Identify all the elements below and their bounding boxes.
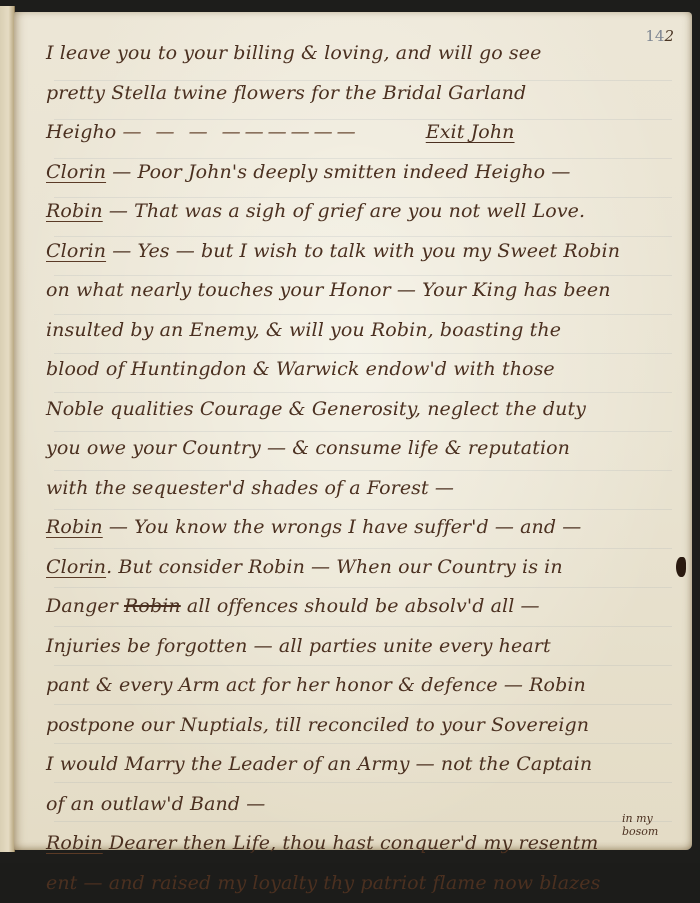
stage-direction: Exit John bbox=[426, 113, 515, 153]
dash-run: — — — —————— bbox=[122, 121, 359, 143]
manuscript-line: with the sequester'd shades of a Forest … bbox=[46, 469, 686, 509]
manuscript-line: postpone our Nuptials, till reconciled t… bbox=[46, 706, 686, 746]
manuscript-line: Danger Robin all offences should be abso… bbox=[46, 587, 686, 627]
manuscript-line: Noble qualities Courage & Generosity, ne… bbox=[46, 390, 686, 430]
ink-blot bbox=[676, 557, 686, 577]
manuscript-line: Robin — You know the wrongs I have suffe… bbox=[46, 508, 686, 548]
manuscript-line: Clorin. But consider Robin — When our Co… bbox=[46, 548, 686, 588]
manuscript-line: I leave you to your billing & loving, an… bbox=[46, 34, 686, 74]
manuscript-line: Heigho — — — —————— Exit John bbox=[46, 113, 686, 153]
manuscript-line: pretty Stella twine flowers for the Brid… bbox=[46, 74, 686, 114]
speaker-name: Clorin bbox=[46, 161, 106, 183]
manuscript-line: Injuries be forgotten — all parties unit… bbox=[46, 627, 686, 667]
speaker-name: Robin bbox=[46, 516, 103, 538]
speaker-name: Robin bbox=[46, 832, 103, 854]
binding-edge bbox=[0, 6, 15, 852]
manuscript-line: insulted by an Enemy, & will you Robin, … bbox=[46, 311, 686, 351]
interlinear-note: in my bosom bbox=[622, 812, 692, 838]
manuscript-line: blood of Huntingdon & Warwick endow'd wi… bbox=[46, 350, 686, 390]
struck-word: Robin bbox=[124, 595, 181, 617]
manuscript-line: Robin — That was a sigh of grief are you… bbox=[46, 192, 686, 232]
manuscript-line: of an outlaw'd Band — bbox=[46, 785, 686, 825]
speaker-name: Clorin bbox=[46, 556, 106, 578]
scan-background: 142 I leave you to your billing & loving… bbox=[0, 0, 700, 863]
manuscript-line: Clorin — Yes — but I wish to talk with y… bbox=[46, 232, 686, 272]
manuscript-line: I would Marry the Leader of an Army — no… bbox=[46, 745, 686, 785]
manuscript-line: you owe your Country — & consume life & … bbox=[46, 429, 686, 469]
speaker-name: Robin bbox=[46, 200, 103, 222]
manuscript-line: Clorin — Poor John's deeply smitten inde… bbox=[46, 153, 686, 193]
manuscript-line: on what nearly touches your Honor — Your… bbox=[46, 271, 686, 311]
speaker-name: Clorin bbox=[46, 240, 106, 262]
manuscript-line: Robin Dearer then Life, thou hast conque… bbox=[46, 824, 686, 863]
manuscript-page: 142 I leave you to your billing & loving… bbox=[14, 12, 692, 850]
handwritten-text-block: I leave you to your billing & loving, an… bbox=[46, 34, 686, 863]
manuscript-line: pant & every Arm act for her honor & def… bbox=[46, 666, 686, 706]
